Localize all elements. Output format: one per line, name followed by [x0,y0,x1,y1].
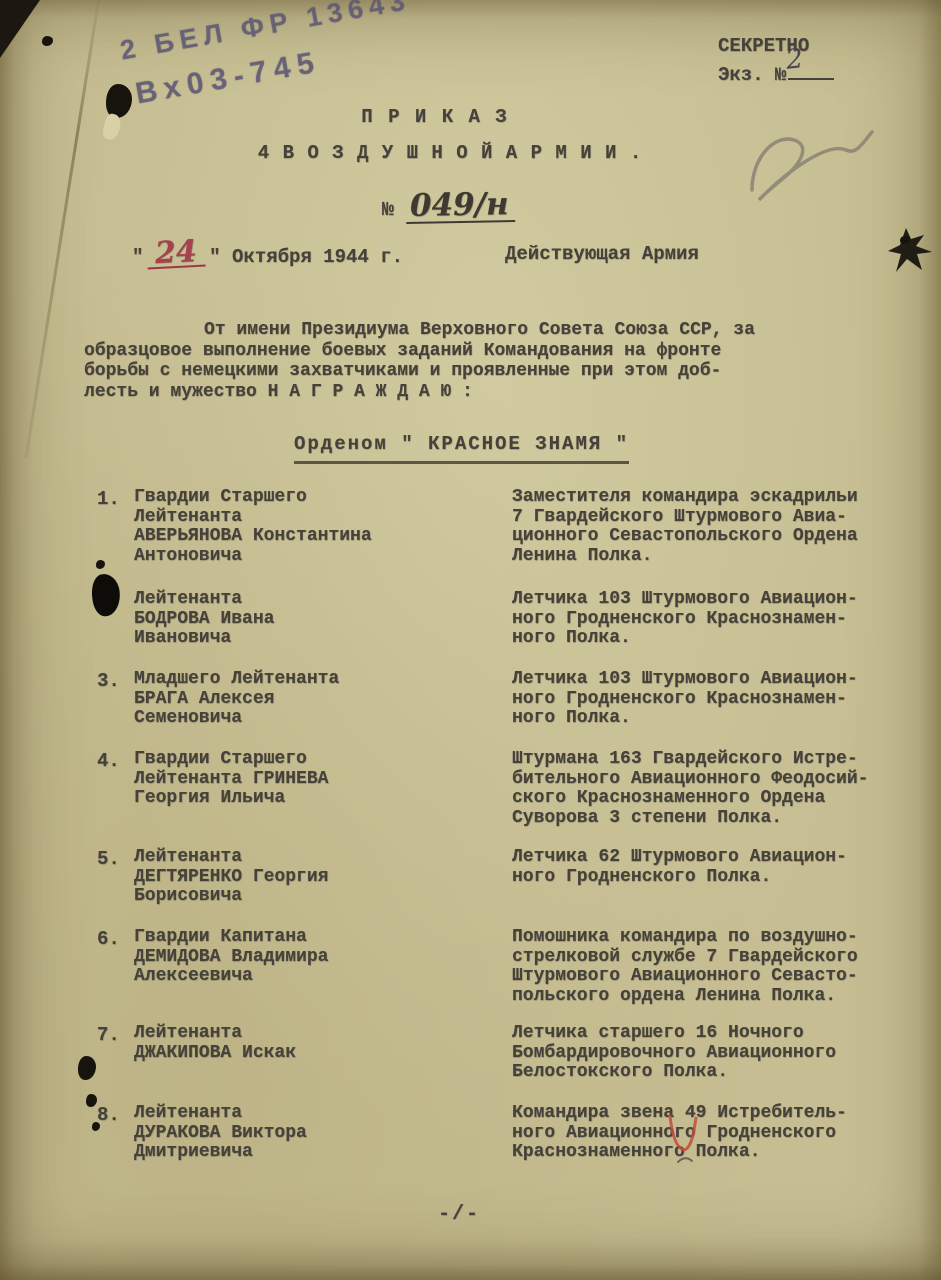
order-number-line: № 049/н [382,190,515,223]
close-quote: " [209,246,220,268]
acting-army-label: Действующая Армия [505,243,699,265]
entry-number: 5. [97,848,133,870]
number-sign: № [382,199,394,222]
torn-corner [0,0,40,58]
entry-number: 8. [97,1104,133,1126]
entry-position: Заместителя командира эскадрильи 7 Гвард… [512,488,892,566]
copy-number-handwritten: 2 [784,43,804,76]
entry-rank-name: Гвардии Старшего Лейтенанта ГРИНЕВА Геор… [134,750,494,809]
entry-rank-name: Лейтенанта ДЖАКИПОВА Искак [134,1024,494,1063]
entry-rank-name: Младшего Лейтенанта БРАГА Алексея Семено… [134,670,494,729]
entry-position: Летчика 62 Штурмового Авиацион- ного Гро… [512,848,892,887]
entry-rank-name: Гвардии Капитана ДЕМИДОВА Владимира Алек… [134,928,494,987]
ink-speck [92,1122,100,1131]
page-footer: -/- [438,1203,480,1226]
entry-position: Помошника командира по воздушно- стрелко… [512,928,892,1006]
entry-number: 4. [97,750,133,772]
open-quote: " [132,246,143,268]
entry-rank-name: Лейтенанта ДУРАКОВА Виктора Дмитриевича [134,1104,494,1163]
date-rest: Октября 1944 г. [232,246,403,268]
entry-number: 1. [97,488,133,510]
copy-label: Экз. № [718,64,786,86]
entry-position: Штурмана 163 Гвардейского Истре- бительн… [512,750,892,828]
date-line: "24" Октября 1944 г. [132,240,403,268]
entry-position: Летчика старшего 16 Ночного Бомбардирово… [512,1024,892,1083]
red-check-mark-icon [662,1110,708,1168]
entry-rank-name: Лейтенанта ДЕГТЯРЕНКО Георгия Борисовича [134,848,494,907]
order-army-title: 4 В О З Д У Ш Н О Й А Р М И И . [0,142,900,164]
entry-position: Летчика 103 Штурмового Авиацион- ного Гр… [512,590,892,649]
order-title: П Р И К А З [0,106,870,128]
award-heading: Орденом " КРАСНОЕ ЗНАМЯ " [294,433,629,464]
day-handwritten: 24 [147,239,206,270]
entry-number: 7. [97,1024,133,1046]
entry-number: 6. [97,928,133,950]
order-number-handwritten: 049/н [406,189,515,224]
ink-speck [86,1094,97,1107]
ink-blot-icon [886,226,934,276]
ink-speck [78,1056,96,1080]
ink-speck [42,36,53,46]
entry-rank-name: Гвардии Старшего Лейтенанта АВЕРЬЯНОВА К… [134,488,494,566]
preamble-text: От имени Президиума Верховного Совета Со… [84,320,870,402]
scanned-order-page: 2 БЕЛ ФР 13643 Вх03-745 СЕКРЕТНО Экз. № … [0,0,941,1280]
copy-number-line: Экз. № [718,58,834,86]
entry-rank-name: Лейтенанта БОДРОВА Ивана Ивановича [134,590,494,649]
ink-speck [96,560,105,569]
pencil-squiggle-2-icon [744,124,884,219]
entry-number: 3. [97,670,133,692]
entry-position: Летчика 103 Штурмового Авиацион- ного Гр… [512,670,892,729]
